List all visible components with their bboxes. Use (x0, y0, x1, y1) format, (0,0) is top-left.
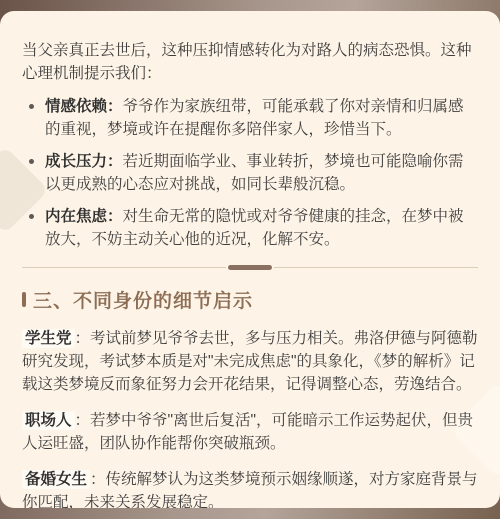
bullet-label: 内在焦虑： (45, 208, 123, 225)
profile-paragraph-student: 学生党：考试前梦见爷爷去世，多与压力相关。弗洛伊德与阿德勒研究发现，考试梦本质是… (22, 327, 478, 396)
profile-tag: 备婚女生 (22, 470, 90, 489)
section-heading-text: 三、不同身份的细节启示 (33, 286, 253, 313)
article-content: 当父亲真正去世后，这种压抑情感转化为对路人的病态恐惧。这种心理机制提示我们： 情… (22, 39, 478, 508)
section-divider (22, 265, 478, 270)
insight-bullet-list: 情感依赖：爷爷作为家族纽带，可能承载了你对亲情和归属感的重视，梦境或许在提醒你多… (22, 95, 478, 251)
list-item: 内在焦虑：对生命无常的隐忧或对爷爷健康的挂念，在梦中被放大，不妨主动关心他的近况… (22, 205, 478, 251)
divider-line (274, 267, 478, 268)
divider-pill (228, 265, 272, 270)
profile-text: ：传统解梦认为这类梦境预示姻缘顺遂，对方家庭背景与你匹配，未来关系发展稳定。 (22, 471, 478, 508)
bullet-dot-icon (29, 214, 34, 219)
profile-tag: 职场人 (22, 411, 75, 430)
article-card: 当父亲真正去世后，这种压抑情感转化为对路人的病态恐惧。这种心理机制提示我们： 情… (0, 11, 500, 508)
profile-tag: 学生党 (22, 329, 75, 348)
bullet-label: 成长压力： (45, 153, 123, 170)
profile-paragraph-worker: 职场人：若梦中爷爷"离世后复活"，可能暗示工作运势起伏，但贵人运旺盛，团队协作能… (22, 409, 478, 455)
list-item: 成长压力：若近期面临学业、事业转折，梦境也可能隐喻你需以更成熟的心态应对挑战，如… (22, 150, 478, 196)
divider-line (22, 267, 226, 268)
profile-paragraph-bride: 备婚女生：传统解梦认为这类梦境预示姻缘顺遂，对方家庭背景与你匹配，未来关系发展稳… (22, 468, 478, 508)
bullet-dot-icon (29, 159, 34, 164)
intro-paragraph: 当父亲真正去世后，这种压抑情感转化为对路人的病态恐惧。这种心理机制提示我们： (22, 39, 478, 85)
bullet-dot-icon (29, 104, 34, 109)
section-heading: 三、不同身份的细节启示 (22, 286, 478, 313)
profile-text: ：考试前梦见爷爷去世，多与压力相关。弗洛伊德与阿德勒研究发现，考试梦本质是对"未… (22, 330, 478, 393)
bullet-label: 情感依赖： (45, 98, 123, 115)
heading-bar-icon (22, 292, 26, 307)
list-item: 情感依赖：爷爷作为家族纽带，可能承载了你对亲情和归属感的重视，梦境或许在提醒你多… (22, 95, 478, 141)
profile-text: ：若梦中爷爷"离世后复活"，可能暗示工作运势起伏，但贵人运旺盛，团队协作能帮你突… (22, 412, 473, 452)
